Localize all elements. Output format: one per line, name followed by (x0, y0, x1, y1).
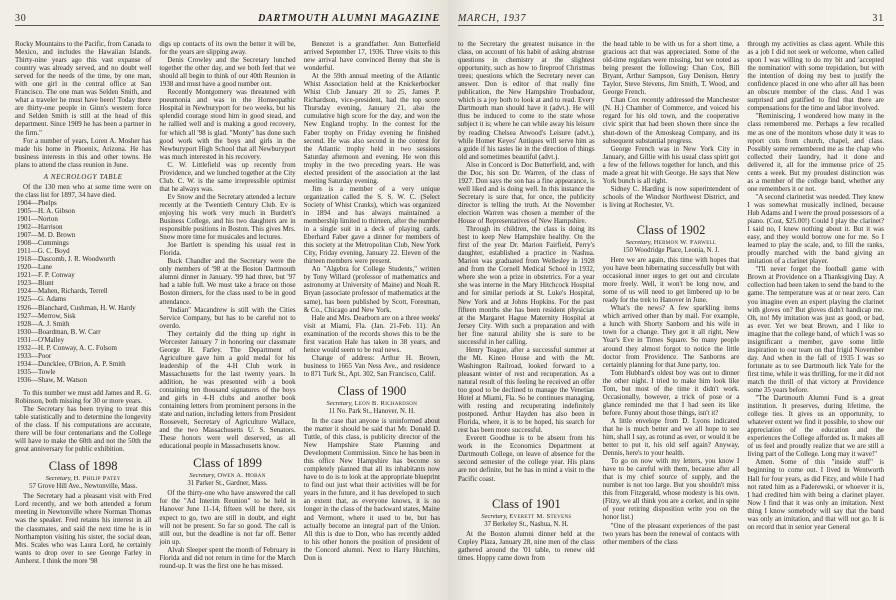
page-number: 31 (872, 13, 884, 24)
necrology-list: 1904—Phelps 1905—H. A. Gibson 1901—Norto… (15, 199, 151, 384)
paragraph: Joe Bartlett is spending his usual rest … (159, 241, 295, 257)
list-item: 1905—H. A. Gibson (15, 207, 151, 215)
list-item: 1902—Harrison (15, 223, 151, 231)
list-item: 1923—Blunt (15, 279, 151, 287)
paragraph: to the Secretary the greatest nuisance i… (458, 40, 595, 161)
column-2: the head table to be with us for a short… (603, 40, 740, 562)
paragraph: In the case that anyone is uninformed ab… (304, 417, 440, 562)
list-item: 1908—Cummings (15, 239, 151, 247)
paragraph: The Secretary had a pleasant visit with … (15, 492, 151, 564)
paragraph: The Secretary has been trying to treat t… (15, 405, 151, 453)
list-item: 1932—H. P. Conway, A. C. Folsom (15, 344, 151, 352)
secretary-name: Owen A. Hoban (217, 472, 265, 479)
paragraph: digs up contacts of its own the better i… (159, 40, 295, 56)
column-3: Benezet is a grandfather. Ann Butterfiel… (304, 40, 440, 570)
secretary-label: Secretary, (626, 239, 652, 246)
list-item: 1930—Boardman, B. W. Carr (15, 328, 151, 336)
paragraph: At the Boston alumni dinner held at the … (458, 530, 595, 562)
secretary-address: 37 Berkeley St., Nashua, N. H. (458, 521, 595, 529)
secretary-address: 31 Parker St., Gardner, Mass. (159, 480, 295, 488)
paragraph: Jim is a member of a very unique organiz… (304, 185, 440, 265)
class-heading: Class of 1900 (304, 384, 440, 399)
list-item: 1911—G. C. Boyd (15, 247, 151, 255)
paragraph: Everett Goodhue is to be absent from his… (458, 434, 595, 482)
secretary-line: Secretary, Owen A. Hoban (159, 472, 295, 480)
list-item: 1926—Blanchard, Cushman, H. W. Hardy (15, 304, 151, 312)
secretary-name: Everett M. Stevens (509, 513, 571, 520)
paragraph: "Reminiscing, I wondered how many in the… (747, 112, 884, 192)
list-item: 1925—G. Adams (15, 295, 151, 303)
paragraph: George French was in New York City in Ja… (603, 145, 740, 185)
secretary-name: Hermon W. Farwell (654, 239, 717, 246)
paragraph: Chan Cox recently addressed the Manchest… (603, 96, 740, 144)
page-number: 30 (15, 13, 27, 24)
paragraph: Of the 130 men who at some time were on … (15, 183, 151, 199)
paragraph: Hale and Mrs. Dearborn are on a three we… (304, 314, 440, 354)
paragraph: Amen. Some of this "inside stuff" is beg… (747, 458, 884, 530)
column-1: to the Secretary the greatest nuisance i… (458, 40, 595, 562)
secretary-line: Secretary, Leon B. Richardson (304, 400, 440, 408)
secretary-name: H. Philip Patey (74, 475, 121, 482)
list-item: 1934—Duncklee, O'Brion, A. P. Smith (15, 360, 151, 368)
list-item: 1928—A. J. Smith (15, 320, 151, 328)
paragraph: Here we are again, this time with hopes … (603, 256, 740, 304)
paragraph: Change of address: Arthur H. Brown, busi… (304, 354, 440, 378)
paragraph: An "Algebra for College Students," writt… (304, 265, 440, 313)
list-item: 1904—Phelps (15, 199, 151, 207)
paragraph: Rocky Mountains to the Pacific, from Can… (15, 40, 151, 137)
list-item: 1936—Shaw, M. Watson (15, 376, 151, 384)
secretary-address: 57 Grove Hill Ave., Newtonville, Mass. (15, 483, 151, 491)
paragraph: Denis Crowley and the Secretary lunched … (159, 56, 295, 88)
paragraph: Buck Chandler and the Secretary were the… (159, 257, 295, 305)
secretary-line: Secretary, Hermon W. Farwell (603, 239, 740, 247)
paragraph: To go on now with my letters, you know I… (603, 457, 740, 521)
paragraph: To this number we must add James and R. … (15, 389, 151, 405)
list-item: 1933—Poor (15, 352, 151, 360)
issue-date: MARCH, 1937 (458, 13, 526, 24)
column-3: through my activities as class agent. Wh… (747, 40, 884, 562)
paragraph: Through its children, the class is doing… (458, 225, 595, 346)
paragraph: For a number of years, Loren A. Mosher h… (15, 137, 151, 169)
magazine-spread: 30 DARTMOUTH ALUMNI MAGAZINE Rocky Mount… (0, 0, 896, 600)
secretary-address: 150 Woodridge Place, Leonia, N. J. (603, 247, 740, 255)
list-item: 1924—Mahen, Richards, Terrell (15, 287, 151, 295)
class-heading: Class of 1898 (15, 459, 151, 474)
list-item: 1901—Norton (15, 215, 151, 223)
class-heading: Class of 1901 (458, 497, 595, 512)
section-heading: A NECROLOGY TABLE (15, 173, 151, 181)
paragraph: Also in Concord is Doc Butterfield, and,… (458, 161, 595, 225)
paragraph: "Indian" Macandrew is still with the Cit… (159, 306, 295, 330)
right-page: MARCH, 1937 31 to the Secretary the grea… (448, 0, 896, 600)
secretary-address: 11 No. Park St., Hanover, N. H. (304, 408, 440, 416)
magazine-title: DARTMOUTH ALUMNI MAGAZINE (258, 13, 440, 24)
secretary-name: Leon B. Richardson (354, 400, 417, 407)
paragraph: "A second clarinetist was needed. They k… (747, 193, 884, 265)
paragraph: Recently Montgomery was threatened with … (159, 88, 295, 160)
list-item: 1907—M. D. Brown (15, 231, 151, 239)
paragraph: At the 59th annual meeting of the Atlant… (304, 72, 440, 185)
secretary-label: Secretary, (327, 400, 353, 407)
secretary-label: Secretary, (481, 513, 507, 520)
left-page: 30 DARTMOUTH ALUMNI MAGAZINE Rocky Mount… (0, 0, 448, 600)
column-1: Rocky Mountains to the Pacific, from Can… (15, 40, 151, 570)
secretary-label: Secretary, (189, 472, 215, 479)
list-item: 1931—O'Malley (15, 336, 151, 344)
class-heading: Class of 1899 (159, 456, 295, 471)
secretary-line: Secretary, H. Philip Patey (15, 475, 151, 483)
secretary-label: Secretary, (46, 475, 72, 482)
list-item: 1920—Lane (15, 263, 151, 271)
list-item: 1935—Towle (15, 368, 151, 376)
secretary-line: Secretary, Everett M. Stevens (458, 513, 595, 521)
paragraph: Benezet is a grandfather. Ann Butterfiel… (304, 40, 440, 72)
column-2: digs up contacts of its own the better i… (159, 40, 295, 570)
list-item: 1921—F. P. Conway (15, 271, 151, 279)
paragraph: "The Dartmouth Alumni Fund is a great in… (747, 394, 884, 458)
class-heading: Class of 1902 (603, 223, 740, 238)
paragraph: the head table to be with us for a short… (603, 40, 740, 96)
list-item: 1927—Merrow, Sisk (15, 312, 151, 320)
paragraph: Tom Hubbard's oldest boy was out to dinn… (603, 369, 740, 417)
running-head: MARCH, 1937 31 (458, 10, 884, 26)
running-head: 30 DARTMOUTH ALUMNI MAGAZINE (15, 10, 440, 26)
paragraph: "One of the pleasant experiences of the … (603, 522, 740, 546)
paragraph: through my activities as class agent. Wh… (747, 40, 884, 112)
paragraph: "I'll never forget the football game wit… (747, 265, 884, 394)
list-item: 1918—Dascomb, J. R. Woodworth (15, 255, 151, 263)
paragraph: A little envelope from D. Lyons indicate… (603, 417, 740, 457)
paragraph: Henry Teague, after a successful summer … (458, 346, 595, 435)
paragraph: Sidney C. Harding is now superintendent … (603, 185, 740, 209)
paragraph: Ev Snow and the Secretary attended a lec… (159, 193, 295, 241)
paragraph: Of the thirty-one who have answered the … (159, 489, 295, 545)
paragraph: C. W. Littlefield was up recently from P… (159, 161, 295, 193)
paragraph: What's the news? A few sparkling items w… (603, 304, 740, 368)
paragraph: They certainly did the thing up right in… (159, 330, 295, 451)
paragraph: Alvah Sleeper spent the month of Februar… (159, 546, 295, 570)
